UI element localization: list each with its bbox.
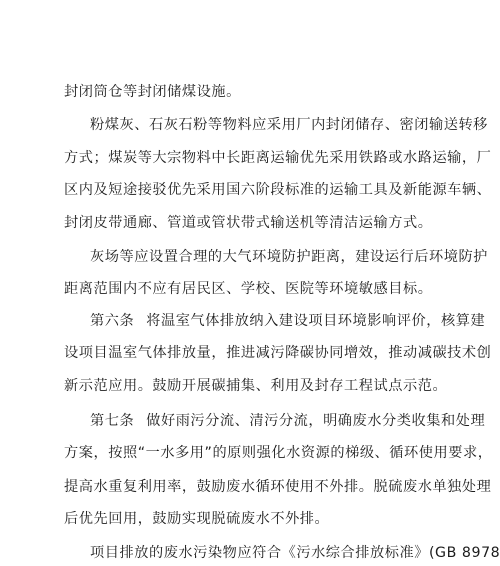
text-line: 提高水重复利用率，鼓励废水循环使用不外排。脱硫废水单独处理	[64, 477, 444, 497]
paragraph-wastewater-standard: 项目排放的废水污染物应符合《污水综合排放标准》(GB 8978)。	[90, 543, 470, 563]
paragraph-ashyard-start: 灰场等应设置合理的大气环境防护距离，建设运行后环境防护	[90, 247, 470, 267]
article-7-start: 第七条做好雨污分流、清污分流，明确废水分类收集和处理	[90, 411, 470, 431]
document-page: 封闭筒仓等封闭储煤设施。 粉煤灰、石灰石粉等物料应采用厂内封闭储存、密闭输送转移…	[0, 0, 500, 566]
text-line: 封闭皮带通廊、管道或管状带式输送机等清洁运输方式。	[64, 213, 444, 233]
text-line: 区内及短途接驳优先采用国六阶段标准的运输工具及新能源车辆、	[64, 180, 444, 200]
article-text: 将温室气体排放纳入建设项目环境影响评价，核算建	[146, 313, 485, 329]
text-line: 后优先回用，鼓励实现脱硫废水不外排。	[64, 509, 444, 529]
text-line: 方式；煤炭等大宗物料中长距离运输优先采用铁路或水路运输，厂	[64, 148, 444, 168]
paragraph-flyash-start: 粉煤灰、石灰石粉等物料应采用厂内封闭储存、密闭输送转移	[90, 115, 470, 135]
text-line: 封闭筒仓等封闭储煤设施。	[64, 82, 444, 102]
article-text: 做好雨污分流、清污分流，明确废水分类收集和处理	[146, 413, 485, 429]
article-number: 第六条	[90, 311, 134, 331]
text-line: 距离范围内不应有居民区、学校、医院等环境敏感目标。	[64, 279, 444, 299]
text-line: 新示范应用。鼓励开展碳捕集、利用及封存工程试点示范。	[64, 376, 444, 396]
text-line: 方案，按照“一水多用”的原则强化水资源的梯级、循环使用要求，	[64, 443, 444, 463]
article-6-start: 第六条将温室气体排放纳入建设项目环境影响评价，核算建	[90, 311, 470, 331]
article-number: 第七条	[90, 411, 134, 431]
text-line: 设项目温室气体排放量，推进减污降碳协同增效，推动减碳技术创	[64, 343, 444, 363]
